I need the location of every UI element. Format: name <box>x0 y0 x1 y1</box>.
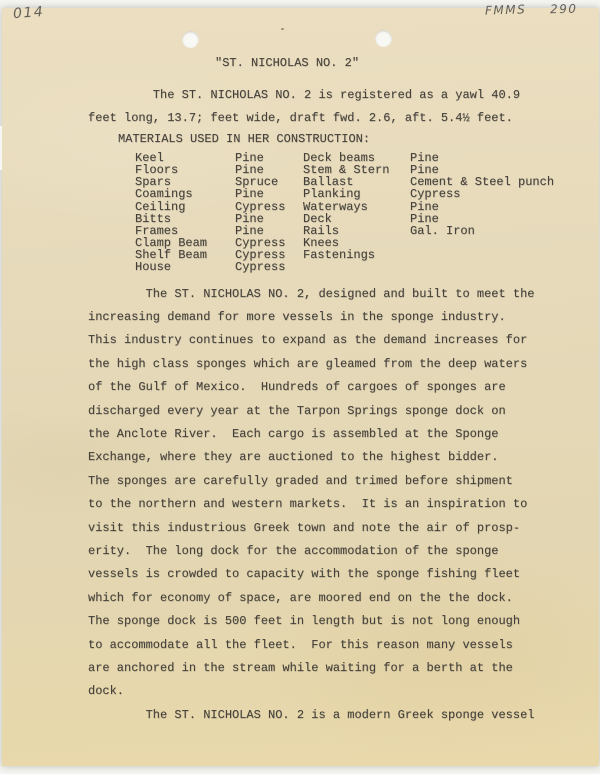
body-line: erity. The long dock for the accommodati… <box>88 540 558 563</box>
body-line: This industry continues to expand as the… <box>88 329 558 352</box>
body-line: the Anclote River. Each cargo is assembl… <box>88 423 558 446</box>
body-line: discharged every year at the Tarpon Spri… <box>88 400 558 423</box>
body-line: are anchored in the stream while waiting… <box>88 657 558 680</box>
material-item-right: Waterways <box>303 201 410 213</box>
materials-heading: MATERIALS USED IN HER CONSTRUCTION: <box>88 131 558 152</box>
body-line: the high class sponges which are gleamed… <box>88 353 558 376</box>
material-item-left: Coamings <box>135 188 235 200</box>
body-line: to the northern and western markets. It … <box>88 493 558 516</box>
material-value-right: Gal. Iron <box>410 225 475 237</box>
body-line: to accommodate all the fleet. For this r… <box>88 634 558 657</box>
materials-row: HouseCypress <box>88 261 558 273</box>
intro-line: The ST. NICHOLAS NO. 2 is registered as … <box>88 84 558 107</box>
body-line: vessels is crowded to capacity with the … <box>88 563 558 586</box>
handwritten-folio-number: 290 <box>550 2 578 16</box>
material-item-right: Fastenings <box>303 249 410 261</box>
material-value-left: Cypress <box>235 261 303 273</box>
body-line: increasing demand for more vessels in th… <box>88 306 558 329</box>
body-line: which for economy of space, are moored e… <box>88 587 558 610</box>
material-value-left: Pine <box>235 188 303 200</box>
materials-row: CeilingCypressWaterwaysPine <box>88 201 558 213</box>
material-value-left: Cypress <box>235 201 303 213</box>
body-paragraph: The ST. NICHOLAS NO. 2, designed and bui… <box>88 283 558 704</box>
paper-speck <box>281 28 284 30</box>
body-line: visit this industrious Greek town and no… <box>88 517 558 540</box>
material-value-right: Pine <box>410 201 439 213</box>
body-line: dock. <box>88 680 558 703</box>
body-line: The sponge dock is 500 feet in length bu… <box>88 610 558 633</box>
typewritten-document: "ST. NICHOLAS NO. 2" The ST. NICHOLAS NO… <box>88 56 558 727</box>
body-line: The ST. NICHOLAS NO. 2, designed and bui… <box>88 283 558 306</box>
material-value-right: Cypress <box>410 188 460 200</box>
materials-table: KeelPineDeck beamsPineFloorsPineStem & S… <box>88 152 558 274</box>
material-item-left: Ceiling <box>135 201 235 213</box>
scanned-page: 014 FMMS 290 "ST. NICHOLAS NO. 2" The ST… <box>0 0 600 774</box>
document-title: "ST. NICHOLAS NO. 2" <box>88 56 558 84</box>
handwritten-page-id: 014 <box>12 4 44 22</box>
scan-edge-artifact <box>0 126 2 170</box>
body-line: Exchange, where they are auctioned to th… <box>88 446 558 469</box>
intro-line: feet long, 13.7; feet wide, draft fwd. 2… <box>88 107 558 130</box>
body-line: The sponges are carefully graded and tri… <box>88 470 558 493</box>
closing-line: The ST. NICHOLAS NO. 2 is a modern Greek… <box>88 704 558 727</box>
material-item-right: Planking <box>303 188 410 200</box>
punch-hole-right <box>375 30 392 47</box>
body-line: of the Gulf of Mexico. Hundreds of cargo… <box>88 376 558 399</box>
handwritten-collection-code: FMMS <box>485 2 527 17</box>
intro-paragraph: The ST. NICHOLAS NO. 2 is registered as … <box>88 84 558 131</box>
materials-row: CoamingsPinePlankingCypress <box>88 188 558 200</box>
punch-hole-left <box>182 31 199 48</box>
material-item-left: House <box>135 261 235 273</box>
